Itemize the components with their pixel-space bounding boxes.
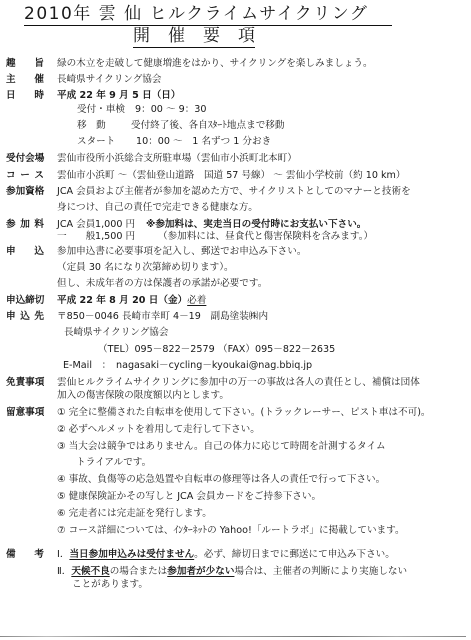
fee-note: （参加料には、昼食代と傷害保険料を含みます。） (158, 230, 373, 244)
venue-text: 雲仙市役所小浜総合支所駐車場（雲仙市小浜町北本町） (57, 152, 297, 166)
schedule-detail: 10：00 〜 1 名ずつ 1 分おき (136, 135, 271, 149)
application-label: 申込 (6, 245, 44, 259)
purpose-label: 趣旨 (6, 57, 44, 71)
remark-emphasis: 天候不良 (71, 566, 109, 577)
course-label: コース (6, 169, 44, 183)
disclaimer-line: 加入の傷害保険の限度額以内とします。 (57, 389, 229, 403)
remark-emphasis: 当日参加申込みは受付ません (69, 549, 194, 560)
scan-edge-line (0, 636, 466, 637)
application-line: （定員 30 名になり次第締め切ります）。 (57, 261, 234, 275)
note-item: ④ 事故、負傷等の応急処置や自転車の修理等は各人の責任で行って下さい。 (57, 473, 385, 487)
remark-continued: ことがあります。 (72, 578, 148, 592)
note-item: ① 完全に整備された自転車を使用して下さい。(トラックレーサー、ピスト車は不可)… (57, 406, 431, 420)
remark-emphasis: 参加者が少ない (167, 566, 234, 577)
disclaimer-line: 雲仙ヒルクライムサイクリングに参加中の万一の事故は各人の責任とし、補償は団体 (57, 376, 420, 390)
note-item-continued: トライアルです。 (57, 456, 151, 470)
schedule-detail: 受付終了後、各自ｽﾀｰﾄ地点まで移動 (131, 119, 285, 133)
document-subtitle: 開催要項 (133, 26, 255, 48)
venue-label: 受付会場 (6, 152, 44, 166)
course-text: 雲仙市小浜町 〜（雲仙登山道路 国道 57 号線） 〜 雲仙小学校前（約 10 … (57, 169, 405, 183)
schedule-item: 受付・車検 (77, 103, 125, 117)
remark-item-2-text: Ⅱ．天候不良の場合または参加者が少ない場合は、主催者の判断により実施しない (57, 565, 407, 579)
schedule-detail: 9：00 〜 9：30 (135, 103, 207, 117)
schedule-item: 移 動 (77, 119, 106, 133)
document-title: 2010年 雲 仙 ヒルクライムサイクリング (24, 4, 392, 26)
application-line: 参加申込書に必要事項を記入し、郵送でお申込み下さい。 (57, 245, 306, 259)
eligibility-line: 身につけ、自己の責任で完走できる健康な方。 (57, 201, 258, 215)
note-item: ⑥ 完走者には完走証を発行します。 (57, 507, 212, 521)
subtitle-char: 開 (133, 26, 150, 46)
application-line: 但し、未成年者の方は保護者の承諾が必要です。 (57, 277, 267, 291)
fee-label: 参加料 (6, 218, 44, 232)
disclaimer-label: 免責事項 (6, 376, 44, 390)
address-org: 長崎県サイクリング協会 (64, 326, 168, 340)
purpose-text: 緑の木立を走破して健康増進をはかり、サイクリングを楽しみましょう。 (57, 57, 373, 71)
deadline-date: 平成 22 年 8 月 20 日（金）必着 (57, 294, 206, 308)
note-item: ⑤ 健康保険証かその写しと JCA 会員カードをご持参下さい。 (57, 490, 321, 504)
organizer-label: 主催 (6, 73, 44, 87)
datetime-label: 日時 (6, 89, 44, 103)
fax-number: （FAX）095－822－2635 (218, 343, 335, 357)
subtitle-char: 項 (238, 26, 255, 46)
remark-item-1: Ⅰ．当日参加申込みは受付ません。必ず、締切日までに郵送にて申込み下さい。 (57, 548, 395, 562)
notes-label: 留意事項 (6, 406, 44, 420)
fee-type: 一 般 (57, 230, 95, 244)
email-address: E-Mail ： nagasaki－cycling－kyoukai@nag.bb… (63, 359, 312, 373)
deadline-emphasis: 必着 (187, 295, 206, 306)
subtitle-char: 要 (203, 26, 220, 46)
eligibility-line: JCA 会員および主催者が参加を認めた方で、サイクリストとしてのマナーと技術を (57, 185, 411, 199)
fee-amount: 1,500 円 (95, 230, 135, 244)
note-item: ⑦ コース詳細については、ｲﾝﾀｰﾈｯﾄの Yahoo!「ルートラボ」に掲載して… (57, 524, 405, 538)
phone-number: （TEL）095－822－2579 (98, 343, 215, 357)
schedule-item: スタート (77, 135, 115, 149)
subtitle-char: 催 (168, 26, 185, 46)
deadline-label: 申込締切 (6, 294, 44, 308)
eligibility-label: 参加資格 (6, 185, 44, 199)
note-item: ② 必ずヘルメットを着用して走行して下さい。 (57, 423, 260, 437)
address-label: 申込先 (6, 310, 44, 324)
organizer-text: 長崎県サイクリング協会 (57, 73, 161, 87)
remarks-label: 備考 (6, 548, 44, 562)
note-item: ③ 当大会は競争ではありません。自己の体力に応じて時間を計測するタイム (57, 440, 386, 454)
postal-address: 〒850－0046 長崎市幸町 4－19 副島塗装㈱内 (57, 310, 268, 324)
event-date: 平成 22 年 9 月 5 日（日） (57, 89, 181, 103)
